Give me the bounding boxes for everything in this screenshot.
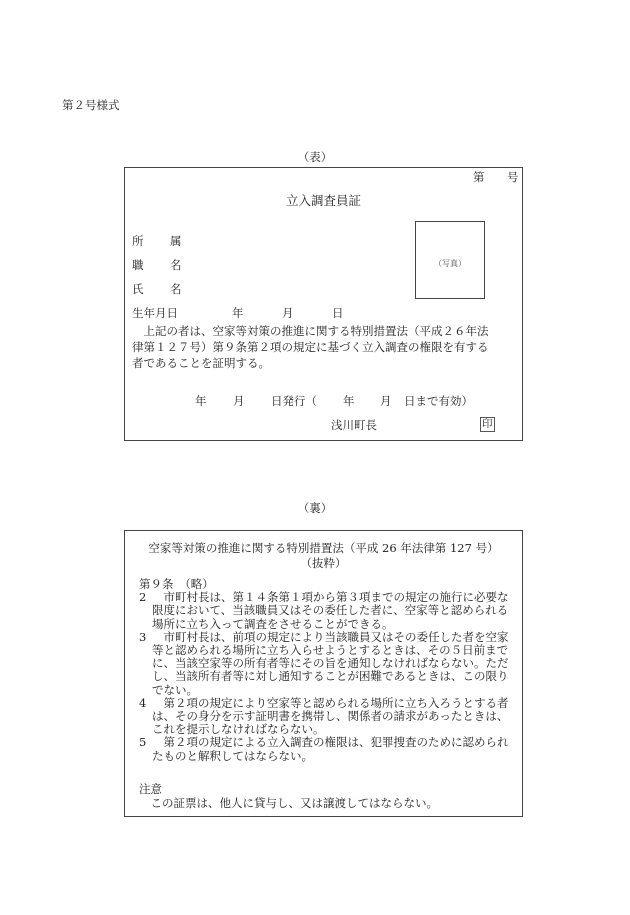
front-card: 第 号 立入調査員証 所 属 職 名 氏 名 生年月日 年 月 日 （写真） 上… (124, 167, 523, 441)
affiliation-label-1: 所 (132, 236, 144, 248)
valid-until-label: 日まで有効） (404, 396, 473, 408)
birth-year-label: 年 (232, 308, 244, 320)
law-item-2: 2 市町村長は、第１４条第１項から第３項までの規定の施行に必要な限度において、当… (139, 591, 511, 631)
issue-day-label: 日発行（ (271, 396, 317, 408)
back-card: 空家等対策の推進に関する特別措置法（平成 26 年法律第 127 号） （抜粋）… (124, 530, 523, 817)
number-prefix: 第 (473, 172, 485, 184)
position-label-1: 職 (132, 260, 144, 272)
front-side-label: （表） (0, 149, 630, 165)
law-item-4: 4 第２項の規定により空家等と認められる場所に立ち入ろうとする者は、その身分を示… (139, 697, 511, 737)
valid-year: 年 (343, 396, 355, 408)
law-item-3: 3 市町村長は、前項の規定により当該職員又はその委任した者を空家等と認められる場… (139, 631, 511, 697)
name-label-2: 名 (170, 284, 182, 296)
law-title-line-1: 空家等対策の推進に関する特別措置法（平成 26 年法律第 127 号） (125, 541, 522, 556)
note-text: この証票は、他人に貸与し、又は譲渡してはならない。 (139, 796, 438, 810)
law-item-5: 5 第２項の規定による立入調査の権限は、犯罪捜査のために認められたものと解釈して… (139, 736, 511, 762)
affiliation-label-2: 属 (170, 236, 182, 248)
card-title: 立入調査員証 (125, 195, 522, 208)
birth-month-label: 月 (282, 308, 294, 320)
birthdate-label: 生年月日 (132, 308, 178, 320)
certification-line: 者であることを証明する。 (132, 355, 489, 371)
certification-line: 律第１２７号）第９条第２項の規定に基づく立入調査の権限を有する (132, 339, 489, 355)
photo-label: （写真） (416, 258, 484, 269)
position-label-2: 名 (170, 260, 182, 272)
law-title-line-2: （抜粋） (125, 556, 522, 571)
issue-year: 年 (195, 396, 207, 408)
note-heading: 注意 (139, 782, 438, 796)
number-suffix: 号 (507, 172, 519, 184)
certification-line: 上記の者は、空家等対策の推進に関する特別措置法（平成２６年法 (132, 323, 489, 339)
photo-box: （写真） (415, 221, 485, 299)
certification-text: 上記の者は、空家等対策の推進に関する特別措置法（平成２６年法 律第１２７号）第９… (132, 323, 489, 371)
law-title: 空家等対策の推進に関する特別措置法（平成 26 年法律第 127 号） （抜粋） (125, 541, 522, 571)
form-number: 第２号様式 (62, 97, 120, 113)
issue-month: 月 (233, 396, 245, 408)
seal-mark: 印 (480, 417, 495, 432)
birth-day-label: 日 (332, 308, 344, 320)
issuer-name: 浅川町長 (331, 420, 377, 432)
law-excerpt: 第９条 （略） 2 市町村長は、第１４条第１項から第３項までの規定の施行に必要な… (139, 578, 511, 763)
name-label-1: 氏 (132, 284, 144, 296)
note-section: 注意 この証票は、他人に貸与し、又は譲渡してはならない。 (139, 782, 438, 810)
valid-month: 月 (380, 396, 392, 408)
back-side-label: （裏） (0, 500, 630, 516)
